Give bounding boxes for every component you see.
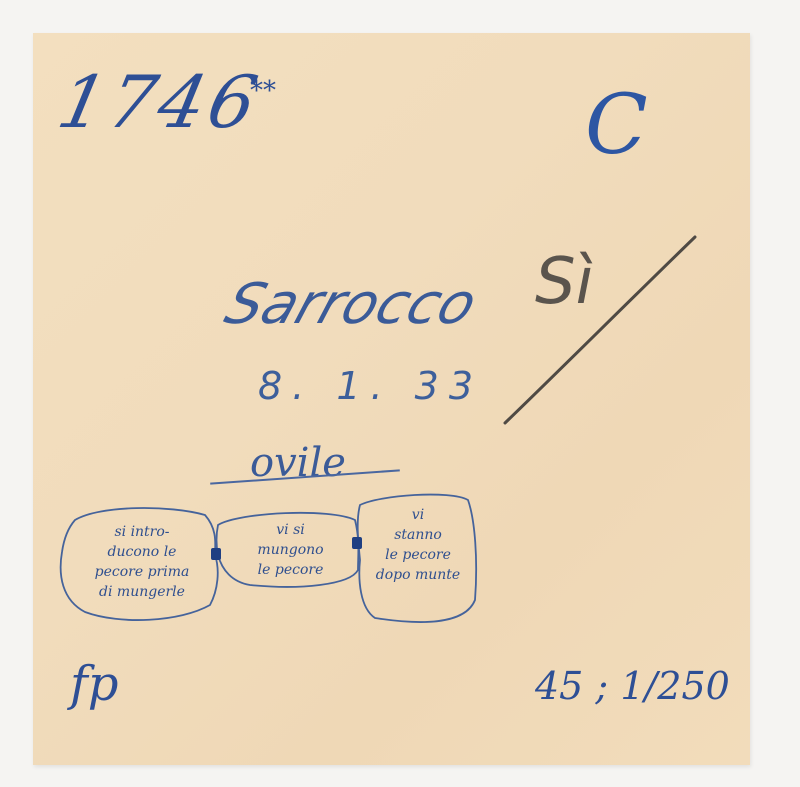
place-name: Sarrocco [217, 272, 484, 337]
bubble-2-line: mungono [228, 540, 353, 560]
bubble-3: vi stanno le pecore dopo munte [364, 505, 472, 585]
bubble-2: vi si mungono le pecore [228, 520, 353, 580]
exposure-ratio: 45 ; 1/250 [535, 664, 730, 708]
catalog-number: 1746 [51, 60, 268, 144]
date: 8. 1. 33 [258, 364, 483, 408]
connector-dot-2 [352, 537, 362, 549]
bubble-2-line: le pecore [228, 560, 353, 580]
bubble-1-line: di mungerle [72, 582, 212, 602]
catalog-marks: ** [250, 76, 276, 106]
bubble-3-line: dopo munte [364, 565, 472, 585]
bubble-3-line: vi [364, 505, 472, 525]
bubble-3-line: le pecore [364, 545, 472, 565]
bubble-1-line: si intro- [72, 522, 212, 542]
bubble-1-line: pecore prima [72, 562, 212, 582]
bubble-2-line: vi si [228, 520, 353, 540]
bubble-1: si intro- ducono le pecore prima di mung… [72, 522, 212, 602]
pencil-mark: Sì [535, 245, 593, 319]
bubble-3-line: stanno [364, 525, 472, 545]
category-letter: C [585, 78, 648, 173]
initials: fp [70, 656, 119, 712]
pencil-slash-icon [505, 237, 695, 423]
bubble-1-line: ducono le [72, 542, 212, 562]
connector-dot-1 [211, 548, 221, 560]
